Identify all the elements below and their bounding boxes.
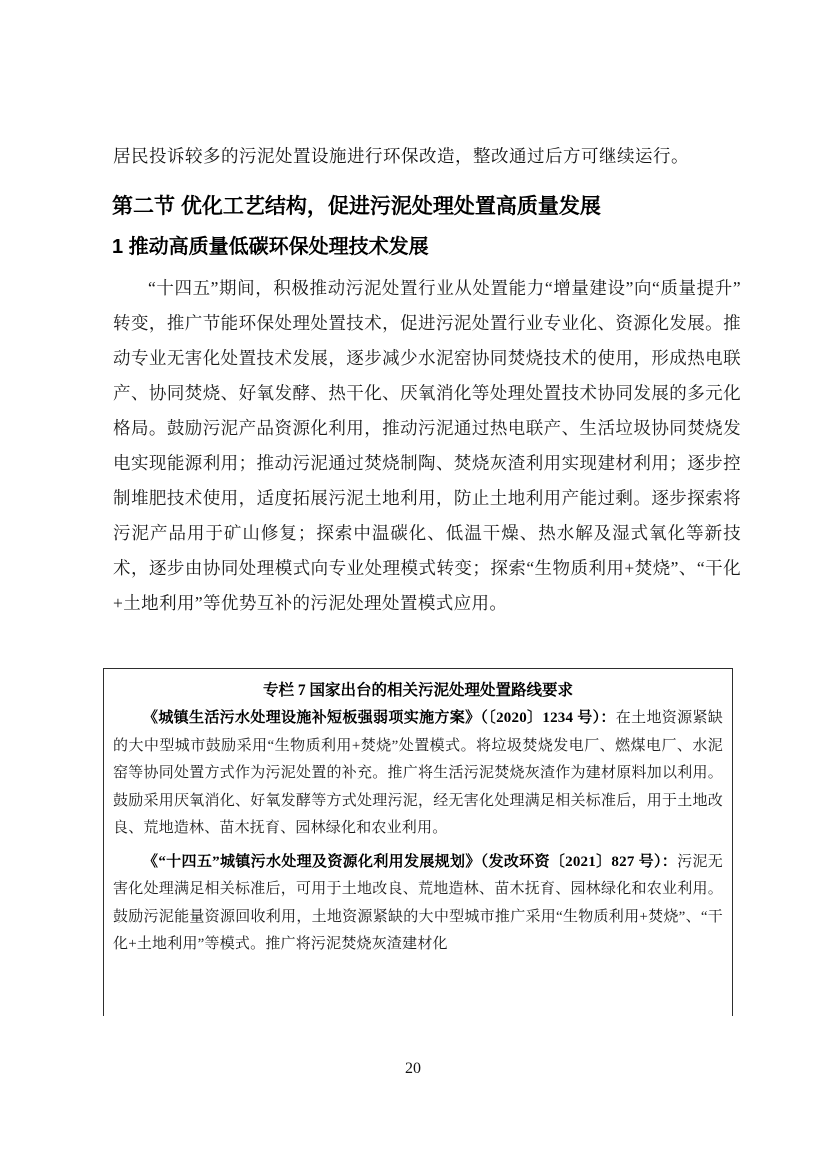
policy-column-box: 专栏 7 国家出台的相关污泥处理处置路线要求 《城镇生活污水处理设施补短板强弱项… <box>103 668 733 1016</box>
policy-document-title: 《“十四五”城镇污水处理及资源化利用发展规划》（发改环资〔2021〕827 号）… <box>143 854 677 870</box>
subsection-heading: 1 推动高质量低碳环保处理技术发展 <box>112 233 752 262</box>
column-box-item: 《“十四五”城镇污水处理及资源化利用发展规划》（发改环资〔2021〕827 号）… <box>113 849 723 959</box>
column-box-item: 《城镇生活污水处理设施补短板强弱项实施方案》（〔2020〕1234 号）：在土地… <box>113 705 723 843</box>
column-box-title: 专栏 7 国家出台的相关污泥处理处置路线要求 <box>113 677 723 704</box>
main-paragraph: “十四五”期间，积极推动污泥处置行业从处置能力“增量建设”向“质量提升”转变，推… <box>113 271 741 621</box>
policy-document-title: 《城镇生活污水处理设施补短板强弱项实施方案》（〔2020〕1234 号）： <box>143 710 616 726</box>
policy-document-summary: 在土地资源紧缺的大中型城市鼓励采用“生物质利用+焚烧”处置模式。将垃圾焚烧发电厂… <box>113 710 723 836</box>
document-page: 居民投诉较多的污泥处置设施进行环保改造，整改通过后方可继续运行。 第二节 优化工… <box>0 0 826 1169</box>
section-heading: 第二节 优化工艺结构，促进污泥处理处置高质量发展 <box>112 192 752 222</box>
page-number: 20 <box>0 1060 826 1078</box>
intro-paragraph: 居民投诉较多的污泥处置设施进行环保改造，整改通过后方可继续运行。 <box>113 140 743 173</box>
